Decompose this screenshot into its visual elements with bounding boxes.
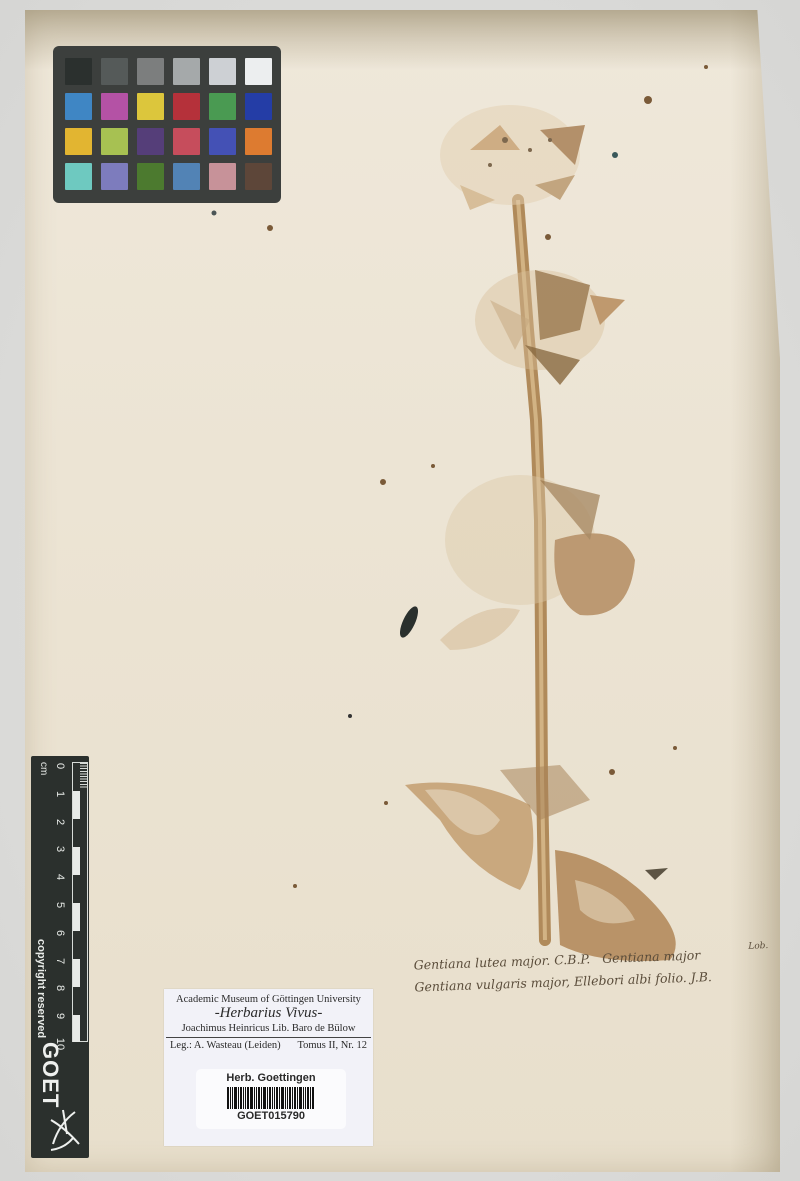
color-swatch (245, 128, 272, 155)
color-swatch (209, 128, 236, 155)
color-swatch (209, 163, 236, 190)
collection-name: -Herbarius Vivus- (164, 1005, 373, 1022)
color-swatch (101, 128, 128, 155)
color-calibration-chart (53, 46, 281, 203)
institution-name: Academic Museum of Göttingen University (164, 994, 373, 1005)
collector: Leg.: A. Wasteau (Leiden) (170, 1040, 281, 1051)
scale-unit: cm (38, 762, 49, 775)
color-swatch (65, 58, 92, 85)
goet-logo: GOET (37, 1042, 63, 1108)
herbarium-code: Herb. Goettingen (196, 1072, 346, 1084)
color-swatch (173, 93, 200, 120)
color-swatch (245, 163, 272, 190)
ruler (72, 762, 88, 1042)
color-swatch (101, 93, 128, 120)
color-swatch (101, 58, 128, 85)
color-swatch (65, 128, 92, 155)
barcode-sticker: Herb. Goettingen GOET015790 (196, 1069, 346, 1129)
specimen-label: Academic Museum of Göttingen University … (164, 989, 373, 1146)
color-swatch (65, 163, 92, 190)
color-swatch (173, 128, 200, 155)
label-divider (166, 1037, 371, 1038)
scale-tick-label: 0 (54, 759, 66, 773)
color-swatch (137, 58, 164, 85)
scale-tick-label: 8 (54, 981, 66, 995)
determination-abbrev: Lob. (748, 935, 769, 958)
scale-tick-label: 1 (54, 787, 66, 801)
color-swatch (209, 93, 236, 120)
color-swatch (137, 128, 164, 155)
scale-tick-label: 9 (54, 1009, 66, 1023)
color-swatch (137, 163, 164, 190)
color-swatch (65, 93, 92, 120)
color-swatch (245, 58, 272, 85)
color-swatch (209, 58, 236, 85)
color-swatch (137, 93, 164, 120)
scale-tick-label: 7 (54, 954, 66, 968)
scale-tick-label: 2 (54, 815, 66, 829)
copyright-text: copyright reserved (35, 939, 47, 1038)
scale-tick-label: 3 (54, 842, 66, 856)
scale-tick-label: 4 (54, 870, 66, 884)
goet-emblem-icon (45, 1104, 85, 1152)
color-swatch (245, 93, 272, 120)
herbarium-owner: Joachimus Heinricus Lib. Baro de Bülow (164, 1022, 373, 1036)
barcode-id: GOET015790 (196, 1110, 346, 1122)
scale-bar: cm 012345678910 copyright reserved GOET (31, 756, 89, 1158)
volume-number: Tomus II, Nr. 12 (297, 1040, 367, 1051)
scale-tick-label: 6 (54, 926, 66, 940)
color-swatch (173, 58, 200, 85)
scale-tick-label: 5 (54, 898, 66, 912)
barcode-icon (212, 1087, 330, 1109)
color-swatch (173, 163, 200, 190)
color-swatch (101, 163, 128, 190)
